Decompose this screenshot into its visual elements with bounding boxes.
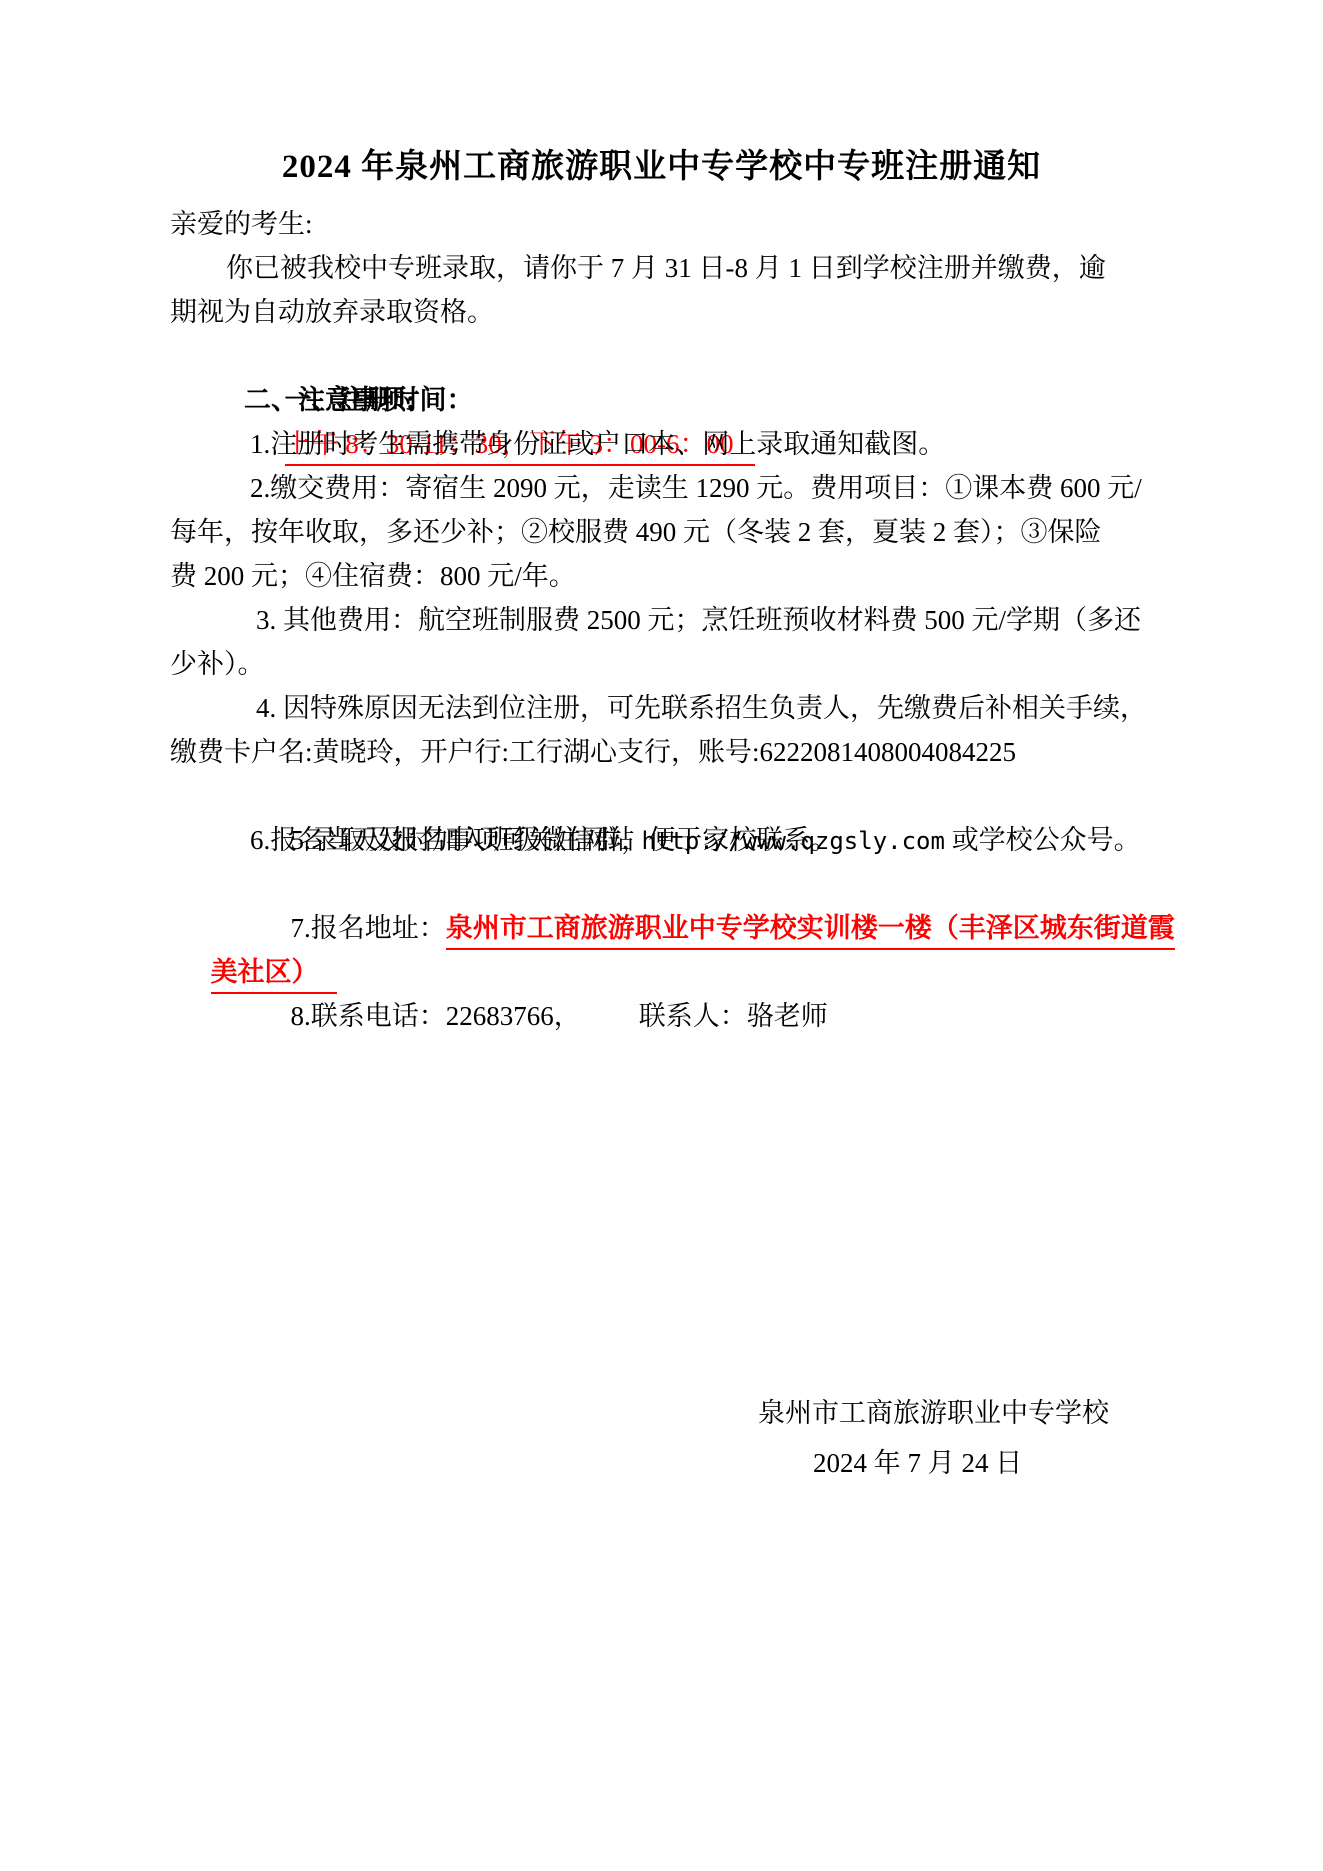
salutation-line: 亲爱的考生: <box>170 202 1152 246</box>
note-5-suffix: 或学校公众号。 <box>945 825 1141 855</box>
signature-organization: 泉州市工商旅游职业中专学校 <box>758 1391 1109 1435</box>
document-page: 2024 年泉州工商旅游职业中专学校中专班注册通知 亲爱的考生: 你已被我校中专… <box>0 0 1323 1871</box>
note-2-line-1: 2.缴交费用：寄宿生 2090 元，走读生 1290 元。费用项目：①课本费 6… <box>170 466 1152 510</box>
note-7: 7.报名地址：泉州市工商旅游职业中专学校实训楼一楼（丰泽区城东街道霞 <box>170 862 1152 906</box>
note-7-label: 7.报名地址： <box>291 913 446 943</box>
notes-heading: 二、注意事项: <box>170 378 1152 422</box>
note-4-line-2: 缴费卡户名:黄晓玲，开户行:工行湖心支行，账号:6222081408004084… <box>170 730 1152 774</box>
intro-line-2: 期视为自动放弃录取资格。 <box>170 290 1152 334</box>
registration-time-line: 一、注册时间： 上午 8：30-11：30，下午 3：00-6：00 <box>170 334 1152 378</box>
note-1: 1.注册时考生需携带身份证或户口本、网上录取通知截图。 <box>170 422 1152 466</box>
note-3-line-2: 少补）。 <box>170 642 1152 686</box>
note-8-contact: 联系人：骆老师 <box>639 1001 828 1031</box>
document-title: 2024 年泉州工商旅游职业中专学校中专班注册通知 <box>0 140 1323 187</box>
note-4-line-1: 4. 因特殊原因无法到位注册，可先联系招生负责人，先缴费后补相关手续， <box>170 686 1152 730</box>
note-2-line-3: 费 200 元；④住宿费：800 元/年。 <box>170 554 1152 598</box>
intro-line-1: 你已被我校中专班录取，请你于 7 月 31 日-8 月 1 日到学校注册并缴费，… <box>170 246 1152 290</box>
note-8-phone: 8.联系电话：22683766， <box>291 1001 581 1031</box>
signature-date: 2024 年 7 月 24 日 <box>813 1441 1022 1485</box>
note-7-address-line-2: 美社区） <box>211 952 337 994</box>
note-2-line-2: 每年，按年收取，多还少补；②校服费 490 元（冬装 2 套，夏装 2 套）；③… <box>170 510 1152 554</box>
document-body: 亲爱的考生: 你已被我校中专班录取，请你于 7 月 31 日-8 月 1 日到学… <box>170 202 1152 994</box>
note-3-line-1: 3. 其他费用：航空班制服费 2500 元；烹饪班预收材料费 500 元/学期（… <box>170 598 1152 642</box>
note-7-address-line-1: 泉州市工商旅游职业中专学校实训楼一楼（丰泽区城东街道霞 <box>446 908 1175 950</box>
note-5: 5.录取及报名事项可关注网站 http://www.qzgsly.com 或学校… <box>170 774 1152 818</box>
